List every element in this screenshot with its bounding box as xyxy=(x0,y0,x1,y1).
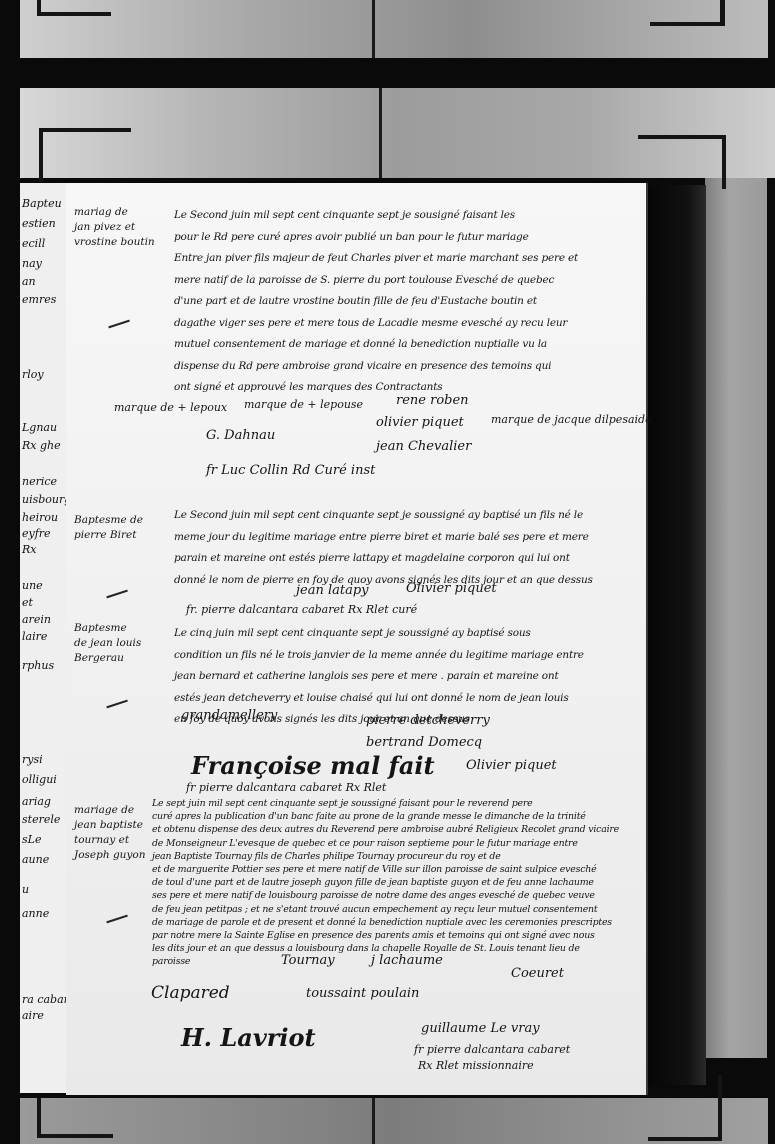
entry-marriage-tournay-guyon: Le sept juin mil sept cent cinquante sep… xyxy=(152,797,627,969)
fragment-text: emres xyxy=(22,293,56,306)
fragment-text: Rx ghe xyxy=(22,439,61,452)
fragment-text: an xyxy=(22,275,36,288)
fragment-text: aire xyxy=(22,1009,44,1022)
signature-grandamellery: grandamellery xyxy=(181,708,277,723)
signature-olivier-piquet: Olivier piquet xyxy=(466,758,557,773)
signature-pierre-detcheverry: pierre detcheverry xyxy=(366,713,490,728)
fragment-text: et xyxy=(22,596,33,609)
fragment-text: ecill xyxy=(22,237,45,250)
frame-divider-top xyxy=(372,0,375,58)
corner-bracket-top-left xyxy=(37,0,111,16)
fragment-text: une xyxy=(22,579,43,592)
signature-rene-roben: rene roben xyxy=(396,393,469,408)
frame-divider-mid xyxy=(379,88,382,178)
corner-bracket-mid-right xyxy=(638,135,726,189)
signature-mark-groom: marque de + lepoux xyxy=(114,401,227,414)
signature-olivier-piquet: Olivier piquet xyxy=(406,581,497,596)
margin-note-baptism-biret: Baptesme de pierre Biret xyxy=(74,513,166,543)
signature-dahnau: G. Dahnau xyxy=(206,428,275,443)
fragment-text: olligui xyxy=(22,773,57,786)
signature-coeuret: Coeuret xyxy=(511,966,564,981)
corner-bracket-top-right xyxy=(650,0,725,26)
fragment-text: heirou xyxy=(22,511,58,524)
signature-fr-pierre-dalcantara: fr pierre dalcantara cabaret xyxy=(414,1043,570,1056)
fragment-text: nerice xyxy=(22,475,57,488)
fragment-text: rloy xyxy=(22,368,44,381)
entry-baptism-pierre-biret: Le Second juin mil sept cent cinquante s… xyxy=(174,505,644,591)
fragment-text: rphus xyxy=(22,659,54,672)
signature-fr-pierre-dalcantara: fr. pierre dalcantara cabaret Rx Rlet cu… xyxy=(186,603,417,616)
fragment-text: anne xyxy=(22,907,49,920)
signature-missionnaire: Rx Rlet missionnaire xyxy=(418,1059,534,1072)
entry-marriage-piver-boutin: Le Second juin mil sept cent cinquante s… xyxy=(174,205,644,399)
frame-divider-bottom xyxy=(372,1098,375,1144)
fragment-text: u xyxy=(22,883,29,896)
signature-fr-pierre-dalcantara: fr pierre dalcantara cabaret Rx Rlet xyxy=(186,781,386,794)
fragment-text: laire xyxy=(22,630,47,643)
signature-j-lachaume: j lachaume xyxy=(371,953,443,968)
register-page: mariag de jan pivez et vrostine boutin L… xyxy=(66,183,648,1095)
fragment-text: rysi xyxy=(22,753,43,766)
signature-guillaume-le-vray: guillaume Le vray xyxy=(421,1021,540,1036)
margin-note-baptism-bergerau: Baptesme de jean louis Bergerau xyxy=(74,621,166,666)
fragment-text: sterele xyxy=(22,813,60,826)
margin-dash xyxy=(106,590,127,598)
signature-tournay: Tournay xyxy=(281,953,335,968)
signature-mark-bride: marque de + lepouse xyxy=(244,398,363,411)
fragment-text: eyfre xyxy=(22,527,51,540)
margin-dash xyxy=(106,915,127,923)
page-edge-shadow xyxy=(644,185,706,1085)
signature-francoise-mal-fait: Françoise mal fait xyxy=(191,751,435,780)
film-strip-right xyxy=(705,178,767,1058)
margin-dash xyxy=(106,700,127,708)
fragment-text: Rx xyxy=(22,543,37,556)
fragment-text: aune xyxy=(22,853,49,866)
signature-bertrand-domecq: bertrand Domecq xyxy=(366,735,482,750)
signature-h-lavriot: H. Lavriot xyxy=(181,1023,316,1052)
signature-mark-jacque: marque de jacque dilpesaide xyxy=(491,413,652,426)
corner-bracket-mid-left xyxy=(39,128,131,182)
fragment-text: arein xyxy=(22,613,51,626)
fragment-text: sLe xyxy=(22,833,41,846)
fragment-text: uisbourg xyxy=(22,493,68,506)
signature-fr-luc-collin: fr Luc Collin Rd Curé inst xyxy=(206,463,375,478)
signature-toussaint-poulain: toussaint poulain xyxy=(306,986,419,1001)
signature-olivier-piquet: olivier piquet xyxy=(376,415,464,430)
fragment-text: ariag xyxy=(22,795,51,808)
signature-jean-chevalier: jean Chevalier xyxy=(376,439,471,454)
signature-clapared: Clapared xyxy=(151,983,230,1003)
fragment-text: ra cabaret xyxy=(22,993,68,1006)
signature-jean-latapy: jean latapy xyxy=(296,583,369,598)
fragment-text: Lgnau xyxy=(22,421,57,434)
adjacent-page-fragment: Bapteu estien ecill nay an emres rloy Lg… xyxy=(20,183,68,1093)
margin-dash xyxy=(108,320,129,328)
corner-bracket-bottom-left xyxy=(37,1098,113,1138)
fragment-text: estien xyxy=(22,217,56,230)
margin-note-marriage-piver: mariag de jan pivez et vrostine boutin xyxy=(74,205,166,250)
fragment-text: nay xyxy=(22,257,42,270)
fragment-text: Bapteu xyxy=(22,197,62,210)
